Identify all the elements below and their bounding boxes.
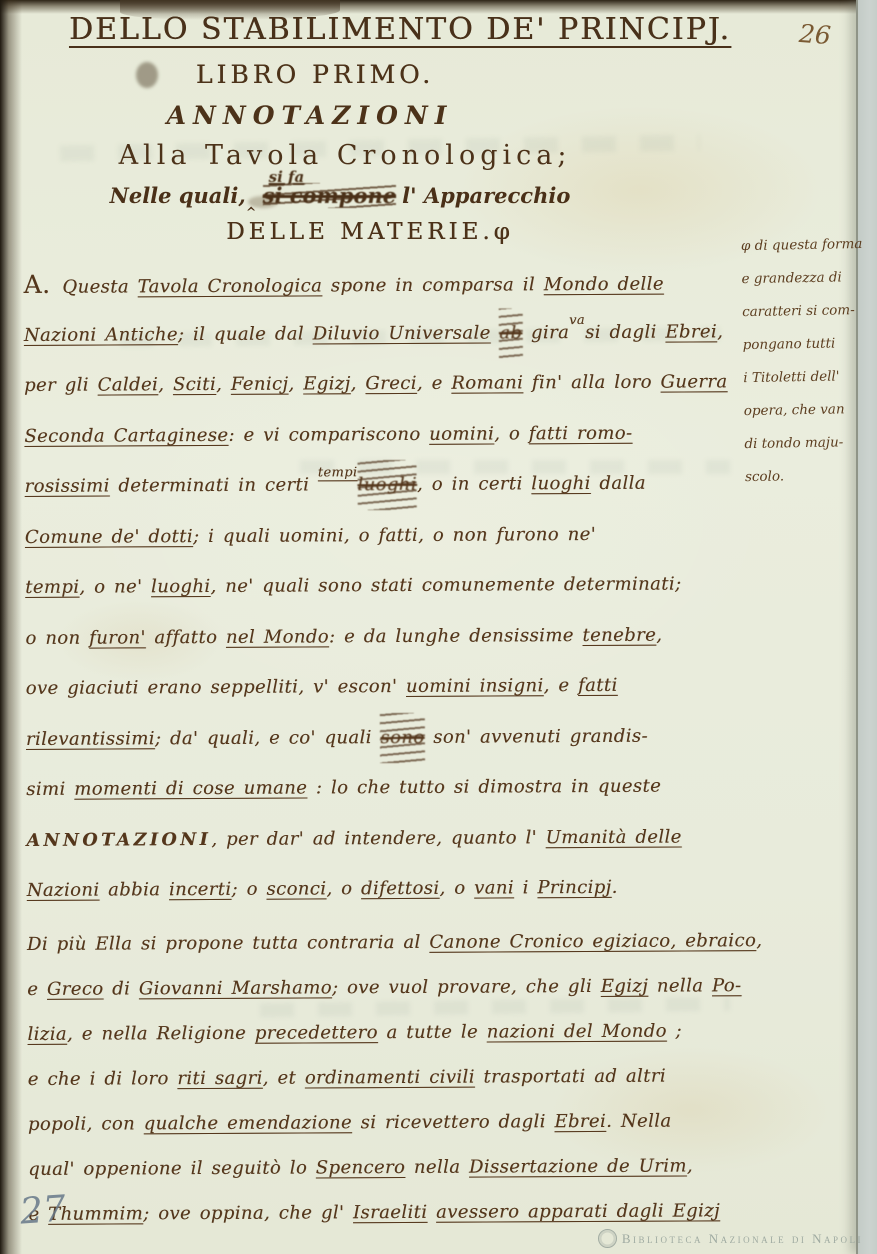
folio-number: 26 (798, 19, 832, 50)
section-heading: ANNOTAZIONI (30, 101, 590, 130)
manuscript-line: o non furon' affatto nel Mondo: e da lun… (25, 610, 770, 664)
manuscript-line: tempi, o ne' luoghi, ne' quali sono stat… (25, 559, 770, 613)
manuscript-line: Seconda Cartaginese: e vi compariscono u… (24, 408, 769, 462)
manuscript-scan-page: 26 DELLO STABILIMENTO DE' PRINCIPJ. LIBR… (0, 0, 877, 1254)
library-stamp-text: Biblioteca Nazionale di Napoli (622, 1231, 863, 1247)
cancelled-word: si fasi compone (263, 183, 396, 208)
manuscript-line: lizia, e nella Religione precedettero a … (27, 1009, 772, 1058)
manuscript-line: popoli, con qualche emendazione si ricev… (28, 1099, 773, 1148)
library-stamp: Biblioteca Nazionale di Napoli (598, 1229, 863, 1248)
paragraph-a: A.Questa Tavola Cronologica spone in com… (23, 256, 771, 916)
manuscript-line: qual' oppenione il seguitò lo Spencero n… (28, 1144, 773, 1193)
manuscript-line: Nazioni Antiche; il quale dal Diluvio Un… (24, 307, 769, 361)
library-stamp-icon (598, 1229, 617, 1248)
amended-line-pre: Nelle quali, (110, 183, 246, 208)
manuscript-line: rilevantissimi; da' quali, e co' quali s… (26, 711, 771, 765)
inserted-word: si fa (269, 168, 305, 186)
book-heading: LIBRO PRIMO. (30, 60, 600, 89)
binding-edge (0, 0, 22, 1254)
subsection-heading: Alla Tavola Cronologica; (30, 140, 660, 171)
manuscript-line: per gli Caldei, Sciti, Fenicj, Egizj, Gr… (24, 357, 769, 411)
manuscript-line: A.Questa Tavola Cronologica spone in com… (23, 256, 768, 310)
phi-reference-mark: φ (494, 219, 514, 245)
manuscript-line: e Greco di Giovanni Marshamo; ove vuol p… (27, 964, 772, 1013)
page-header: DELLO STABILIMENTO DE' PRINCIPJ. LIBRO P… (30, 12, 770, 245)
corner-number: 27 (19, 1188, 68, 1232)
materie-heading: DELLE MATERIE.φ (30, 219, 710, 245)
manuscript-line: Di più Ella si propone tutta contraria a… (27, 919, 772, 968)
manuscript-line: e che i di loro riti sagri, et ordinamen… (28, 1054, 773, 1103)
materie-heading-text: DELLE MATERIE. (226, 219, 493, 245)
manuscript-line: Nazioni abbia incerti; o sconci, o difet… (27, 862, 772, 916)
facing-page-edge (856, 0, 877, 1254)
insertion-caret-mark: ‸ (246, 193, 257, 211)
manuscript-line: ANNOTAZIONI, per dar' ad intendere, quan… (26, 812, 771, 866)
manuscript-line: Comune de' dotti; i quali uomini, o fatt… (25, 509, 770, 563)
manuscript-body: A.Questa Tavola Cronologica spone in com… (23, 256, 773, 1237)
amended-subtitle-line: Nelle quali,‸si fasi componel' Apparecch… (30, 183, 650, 211)
amended-line-post: l' Apparecchio (402, 183, 570, 208)
manuscript-line: rosissimi determinati in certi tempiluog… (25, 458, 770, 512)
cancelled-word-text: si compone (263, 183, 396, 208)
paragraph-b: Di più Ella si propone tutta contraria a… (27, 919, 774, 1238)
manuscript-line: simi momenti di cose umane : lo che tutt… (26, 761, 771, 815)
manuscript-line: ove giaciuti erano seppelliti, v' escon'… (26, 660, 771, 714)
work-title: DELLO STABILIMENTO DE' PRINCIPJ. (30, 12, 770, 47)
